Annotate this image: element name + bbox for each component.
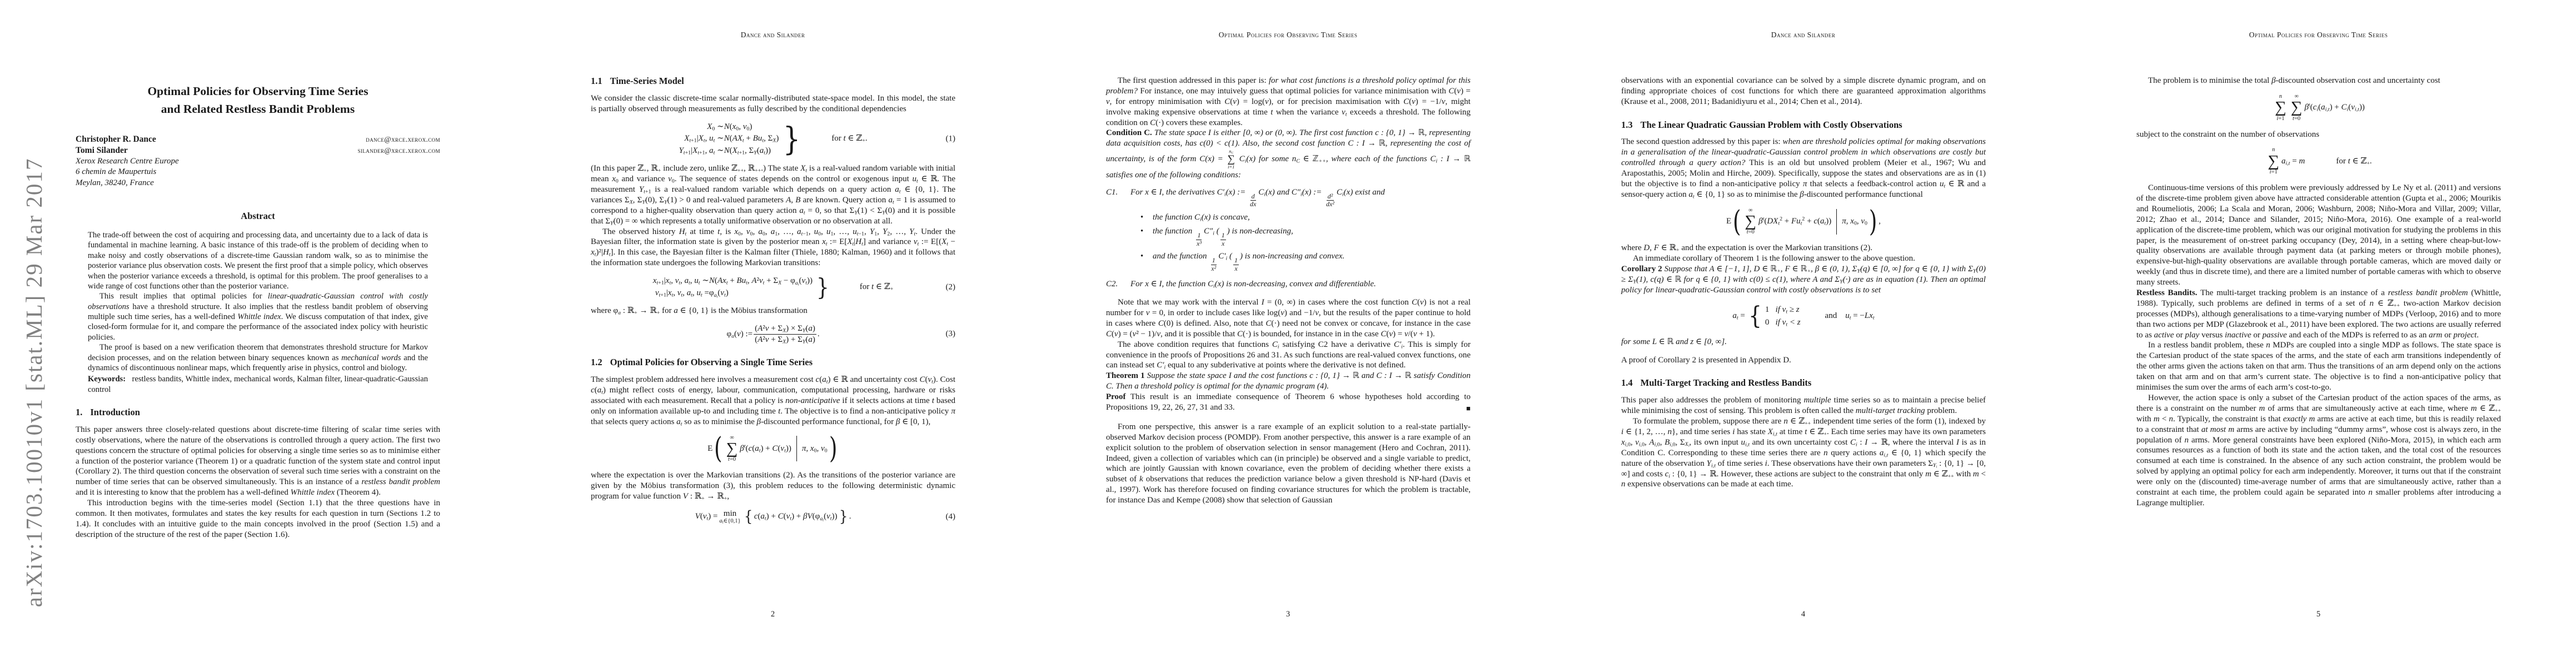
- equation-text: Xt+1|Xt, ut ∼: [679, 133, 724, 144]
- expectation-equation: E ( ∞ ∑ t=0 βt(c(at) + C(vt)) π, x0, v0 …: [591, 435, 955, 464]
- proof-label: Proof: [1106, 392, 1126, 401]
- paragraph: To formulate the problem, suppose there …: [1621, 416, 1986, 490]
- paragraph: In a restless bandit problem, these n MD…: [2136, 340, 2501, 392]
- bullet-text: and the function 1x²C′i (1x) is non-incr…: [1153, 251, 1344, 272]
- item-label: C2.: [1106, 279, 1130, 290]
- paragraph: Continuous-time versions of this problem…: [2136, 183, 2501, 288]
- sum-lower-limit: i=1: [2270, 169, 2278, 176]
- section-heading: 1. Introduction: [76, 407, 440, 419]
- equation-3: φa(v) := (A²v + ΣX) × ΣY(a) (A²v + ΣX) +…: [591, 323, 955, 345]
- bullet-icon: •: [1140, 251, 1153, 272]
- document-sheet: arXiv:1703.10010v1 [stat.ML] 29 Mar 2017…: [0, 0, 2576, 667]
- equation-text: φa(v) :=: [726, 329, 753, 340]
- condition-item-c2: C2. For x ∈ I, the function Ci(x) is non…: [1106, 279, 1471, 290]
- proof-text: This result is an immediate consequence …: [1106, 392, 1471, 412]
- sum-operator: ∞ ∑ t=0: [2291, 93, 2303, 122]
- equation-text: .: [818, 329, 820, 340]
- expectation-equation: E ( ∞ ∑ t=0 βt(DXt2 + Fut2 + c(at)) π, x…: [1621, 207, 1986, 236]
- equation-2: xt+1|xt, vt, at, ut ∼ N(Axt + But, A²vt …: [591, 276, 955, 298]
- paragraph: An immediate corollary of Theorem 1 is t…: [1621, 253, 1986, 264]
- section-number: 1.: [76, 407, 82, 419]
- keywords-line: Keywords: restless bandits, Whittle inde…: [88, 374, 428, 395]
- section-number: 1.1: [591, 76, 602, 87]
- page-1: arXiv:1703.10010v1 [stat.ML] 29 Mar 2017…: [0, 0, 515, 667]
- paragraph: This introduction begins with the time-s…: [76, 498, 440, 540]
- equation-text: ,: [1879, 216, 1881, 227]
- affiliation-line: Meylan, 38240, France: [76, 178, 440, 189]
- paragraph: However, the action space is only a subs…: [2136, 393, 2501, 509]
- paragraph: The observed history Ht at time t, is x0…: [591, 227, 955, 269]
- paragraph: The second question addressed by this pa…: [1621, 137, 1986, 200]
- equation-text: Yt+1|Xt+1, at ∼: [679, 146, 724, 156]
- section-heading: 1.4 Multi-Target Tracking and Restless B…: [1621, 377, 1986, 389]
- equation-tag: (4): [946, 511, 956, 522]
- section-title: Multi-Target Tracking and Restless Bandi…: [1641, 377, 1812, 389]
- equation-text: .: [849, 511, 851, 522]
- corollary-label: Corollary 2: [1621, 265, 1662, 273]
- affiliation-line: Xerox Research Centre Europe: [76, 156, 440, 167]
- page-2-content: 1.1 Time-Series Model We consider the cl…: [591, 0, 955, 532]
- double-sum-equation: n ∑ i=1 ∞ ∑ t=0 βt(ci(ai,t) + Ci(vi,t)): [2136, 93, 2501, 122]
- page-number: 2: [515, 609, 1030, 619]
- equation-condition: for t ∈ ℤ+: [860, 282, 894, 292]
- item-text: For x ∈ I, the derivatives C′i(x) := ddx…: [1130, 187, 1471, 208]
- min-label: min: [724, 509, 736, 519]
- section-title: Optimal Policies for Observing a Single …: [610, 357, 813, 369]
- section-title: Introduction: [90, 407, 140, 419]
- equation-condition: for t ∈ ℤ+.: [831, 133, 867, 144]
- constraint-equation: n ∑ i=1 ai,t = m for t ∈ ℤ+.: [2136, 147, 2501, 176]
- case-row: 0 if vt < z: [1765, 317, 1801, 328]
- section-number: 1.2: [591, 357, 602, 369]
- abstract-heading: Abstract: [76, 211, 440, 222]
- expectation-symbol: E: [707, 444, 712, 454]
- page-number: 4: [1546, 609, 2061, 619]
- sum-lower-limit: i=1: [2276, 116, 2284, 122]
- conditioning-bar: [796, 436, 797, 461]
- paragraph: The first question addressed in this pap…: [1106, 76, 1471, 128]
- equation-text: xt+1|xt, vt, at, ut ∼: [653, 276, 709, 286]
- paragraph: observations with an exponential covaria…: [1621, 76, 1986, 107]
- sum-operator: n ∑ i=1: [2268, 147, 2279, 176]
- equation-tag: (2): [946, 282, 956, 292]
- equation-text: X0 ∼: [679, 122, 724, 132]
- equation-lines: X0 ∼ N(x0, v0) Xt+1|Xt, ut ∼ N(AXt + But…: [679, 122, 779, 157]
- paragraph: This paper answers three closely-related…: [76, 425, 440, 498]
- author-row: Tomi Silander silander@xrce.xerox.com: [76, 145, 440, 156]
- paper-title-line-1: Optimal Policies for Observing Time Seri…: [76, 82, 440, 100]
- paragraph: where the expectation is over the Markov…: [591, 470, 955, 502]
- page-3: Optimal Policies for Observing Time Seri…: [1030, 0, 1546, 667]
- sigma-icon: ∑: [2291, 100, 2303, 116]
- paragraph: where φa : ℝ+ → ℝ+ for a ∈ {0, 1} is the…: [591, 306, 955, 316]
- conditioning-bar: [1836, 209, 1837, 235]
- min-subscript: at∈{0,1}: [719, 518, 740, 525]
- sigma-icon: ∑: [726, 441, 738, 457]
- paper-title-line-2: and Related Restless Bandit Problems: [76, 100, 440, 118]
- paragraph: where D, F ∈ ℝ+ and the expectation is o…: [1621, 243, 1986, 253]
- equation-text: N(Xt+1, ΣY(at)): [724, 146, 779, 156]
- equation-tag: (3): [946, 329, 956, 340]
- equation-text: at =: [1732, 311, 1745, 321]
- paragraph: Note that we may work with the interval …: [1106, 297, 1471, 340]
- paragraph: The above condition requires that functi…: [1106, 340, 1471, 371]
- equation-text: N(x0, v0): [724, 122, 779, 132]
- sum-operator: ∞ ∑ t=0: [1745, 207, 1756, 236]
- list-item: •and the function 1x²C′i (1x) is non-inc…: [1140, 251, 1471, 272]
- restless-bandits-block: Restless Bandits. The multi-target track…: [2136, 288, 2501, 340]
- author-email: silander@xrce.xerox.com: [358, 146, 440, 156]
- equation-text: βt(ci(ai,t) + Ci(vi,t)): [2304, 102, 2365, 113]
- abstract-paragraph: The proof is based on a new verification…: [88, 342, 428, 373]
- section-heading: 1.2 Optimal Policies for Observing a Sin…: [591, 357, 955, 369]
- equation-4: V(vt) = min at∈{0,1} { c(at) + C(vt) + β…: [591, 509, 955, 525]
- paragraph-label: Restless Bandits.: [2136, 288, 2198, 297]
- paragraph: We consider the classic discrete-time sc…: [591, 93, 955, 115]
- condition-item-c1: C1. For x ∈ I, the derivatives C′i(x) :=…: [1106, 187, 1471, 208]
- sum-lower-limit: t=0: [728, 456, 736, 463]
- page-number: 3: [1030, 609, 1546, 619]
- equation-text: βt(c(at) + C(vt)): [740, 444, 791, 454]
- cases-stack: 1 if vt ≥ z 0 if vt < z: [1765, 305, 1801, 328]
- sigma-icon: ∑: [1745, 214, 1756, 230]
- paragraph: The problem is to minimise the total β-d…: [2136, 76, 2501, 86]
- equation-text: V(vt) =: [695, 511, 718, 522]
- bullet-icon: •: [1140, 212, 1153, 223]
- sigma-icon: ∑: [2275, 100, 2286, 116]
- page-5-content: The problem is to minimise the total β-d…: [2136, 0, 2501, 509]
- equation-1: X0 ∼ N(x0, v0) Xt+1|Xt, ut ∼ N(AXt + But…: [591, 122, 955, 157]
- page-3-content: The first question addressed in this pap…: [1106, 0, 1471, 506]
- equation-text: φat(vt): [709, 288, 813, 298]
- paragraph: The simplest problem addressed here invo…: [591, 375, 955, 427]
- corollary-text: Suppose that A ∈ [−1, 1], D ∈ ℝ+, F ∈ ℝ+…: [1621, 265, 1986, 295]
- item-label: C1.: [1106, 187, 1130, 208]
- equation-text: vt+1|xt, vt, at, ut =: [653, 288, 709, 298]
- equation-text: c(at) + C(vt) + βV(φat(vt)): [754, 511, 838, 522]
- bullet-text: the function Ci(x) is concave,: [1153, 212, 1250, 223]
- equation-text: N(AXt + But, ΣX): [724, 133, 779, 144]
- paragraph-italic: for some L ∈ ℝ and z ∈ [0, ∞].: [1621, 337, 1986, 347]
- paragraph: subject to the constraint on the number …: [2136, 130, 2501, 140]
- author-block: Christopher R. Dance dance@xrce.xerox.co…: [76, 134, 440, 156]
- cases-equation: at = { 1 if vt ≥ z 0 if vt < z and ut = …: [1621, 305, 1986, 328]
- author-name: Christopher R. Dance: [76, 134, 156, 145]
- equation-condition: for t ∈ ℤ+.: [2336, 156, 2371, 167]
- abstract: The trade-off between the cost of acquir…: [76, 230, 440, 395]
- section-heading: 1.3 The Linear Quadratic Gaussian Proble…: [1621, 120, 1986, 131]
- page-5: Optimal Policies for Observing Time Seri…: [2061, 0, 2576, 667]
- page-4-content: observations with an exponential covaria…: [1621, 0, 1986, 490]
- page-number: 5: [2061, 609, 2576, 619]
- corollary-2-block: Corollary 2 Suppose that A ∈ [−1, 1], D …: [1621, 264, 1986, 296]
- min-operator: min at∈{0,1}: [719, 509, 740, 525]
- bullet-list: •the function Ci(x) is concave, •the fun…: [1106, 212, 1471, 273]
- section-number: 1.3: [1621, 120, 1633, 131]
- sum-lower-limit: t=0: [2293, 116, 2300, 122]
- paragraph: From one perspective, this answer is a r…: [1106, 422, 1471, 506]
- equation-text: π, x0, v0: [1842, 216, 1867, 227]
- list-item: •the function Ci(x) is concave,: [1140, 212, 1471, 223]
- proof-block: Proof This result is an immediate conseq…: [1106, 392, 1471, 413]
- abstract-paragraph: This result implies that optimal policie…: [88, 291, 428, 342]
- paragraph: A proof of Corollary 2 is presented in A…: [1621, 355, 1986, 366]
- sum-operator: ∞ ∑ t=0: [726, 435, 738, 464]
- theorem-1-block: Theorem 1 Suppose the state space I and …: [1106, 371, 1471, 392]
- theorem-text: Suppose the state space I and the cost f…: [1106, 371, 1471, 391]
- sum-operator: n ∑ i=1: [2275, 93, 2286, 122]
- page-1-content: Optimal Policies for Observing Time Seri…: [76, 0, 440, 540]
- expectation-symbol: E: [1726, 216, 1731, 227]
- arxiv-watermark: arXiv:1703.10010v1 [stat.ML] 29 Mar 2017: [20, 158, 49, 608]
- fraction: (A²v + ΣX) × ΣY(a) (A²v + ΣX) + ΣY(a): [754, 323, 816, 345]
- abstract-paragraph: The trade-off between the cost of acquir…: [88, 230, 428, 291]
- bullet-text: the function 1x³C″i (1x) is non-decreasi…: [1153, 226, 1293, 247]
- section-title: Time-Series Model: [610, 76, 684, 87]
- equation-text: ai,t = m: [2281, 156, 2305, 167]
- equation-lines: xt+1|xt, vt, at, ut ∼ N(Axt + But, A²vt …: [653, 276, 813, 298]
- denominator: (A²v + ΣX) + ΣY(a): [754, 335, 816, 345]
- section-number: 1.4: [1621, 377, 1633, 389]
- item-text: For x ∈ I, the function Ci(x) is non-dec…: [1130, 279, 1471, 290]
- sigma-icon: ∑: [2268, 154, 2279, 170]
- author-row: Christopher R. Dance dance@xrce.xerox.co…: [76, 134, 440, 145]
- paragraph: This paper also addresses the problem of…: [1621, 395, 1986, 416]
- page-2: Dance and Silander 1.1 Time-Series Model…: [515, 0, 1030, 667]
- qed-icon: ■: [1466, 404, 1471, 413]
- author-email: dance@xrce.xerox.com: [366, 135, 440, 145]
- equation-text: βt(DXt2 + Fut2 + c(at)): [1758, 216, 1831, 227]
- condition-c-block: Condition C. The state space I is either…: [1106, 128, 1471, 180]
- affiliation-line: 6 chemin de Maupertuis: [76, 167, 440, 178]
- equation-text: and ut = −Lxt: [1825, 311, 1875, 321]
- case-row: 1 if vt ≥ z: [1765, 305, 1800, 315]
- equation-text: π, x0, v0: [802, 444, 828, 454]
- condition-label: Condition C.: [1106, 128, 1152, 137]
- list-item: •the function 1x³C″i (1x) is non-decreas…: [1140, 226, 1471, 247]
- theorem-label: Theorem 1: [1106, 371, 1145, 380]
- section-heading: 1.1 Time-Series Model: [591, 76, 955, 87]
- paragraph: (In this paper ℤ+, ℝ+ include zero, unli…: [591, 163, 955, 226]
- equation-tag: (1): [946, 133, 956, 144]
- equation-text: N(Axt + But, A²vt + ΣX − φat(vt)): [709, 276, 813, 286]
- sum-lower-limit: t=0: [1747, 229, 1755, 236]
- section-title: The Linear Quadratic Gaussian Problem wi…: [1641, 120, 1902, 131]
- author-name: Tomi Silander: [76, 145, 128, 156]
- page-4: Dance and Silander observations with an …: [1546, 0, 2061, 667]
- numerator: (A²v + ΣX) × ΣY(a): [754, 323, 816, 335]
- condition-text: The state space I is either [0, ∞) or (0…: [1106, 128, 1471, 179]
- bullet-icon: •: [1140, 226, 1153, 247]
